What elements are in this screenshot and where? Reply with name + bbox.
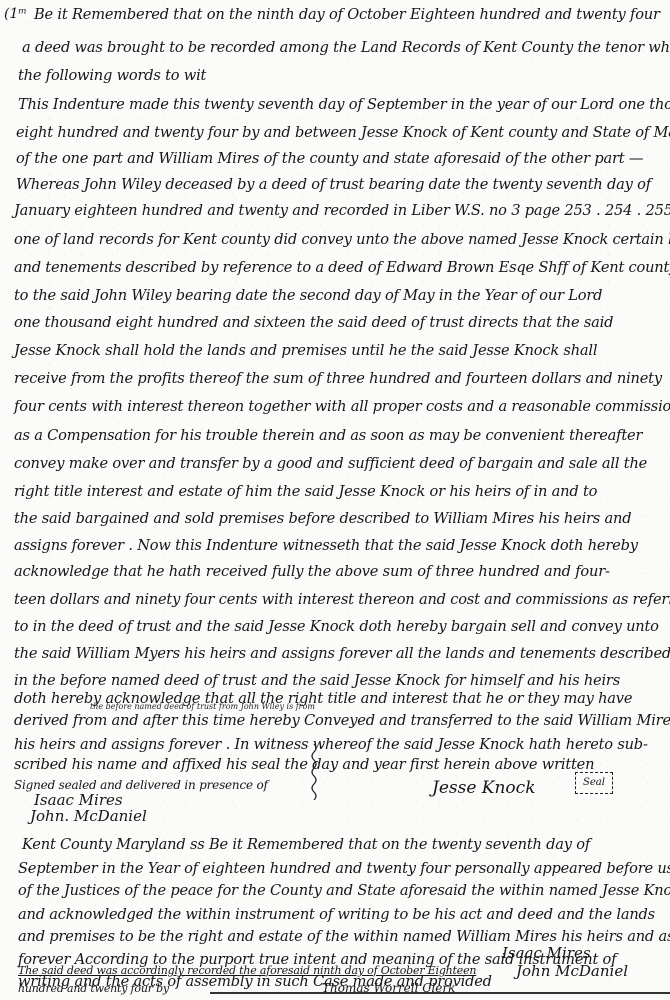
- deed-line: the following words to wit: [18, 67, 206, 85]
- deed-line: one of land records for Kent county did …: [14, 231, 670, 249]
- deed-line: one thousand eight hundred and sixteen t…: [14, 314, 613, 332]
- deed-line: Be it Remembered that on the ninth day o…: [34, 6, 660, 24]
- deed-line: This Indenture made this twenty seventh …: [18, 96, 670, 114]
- interlinear-note: the before named deed of trust from John…: [90, 702, 315, 711]
- deed-line: and tenements described by reference to …: [14, 259, 670, 277]
- acknowledgment-line: Kent County Maryland ss Be it Remembered…: [22, 836, 590, 854]
- acknowledgment-line: September in the Year of eighteen hundre…: [18, 860, 670, 878]
- witness-signature: Isaac Mires: [34, 792, 123, 808]
- deed-line: scribed his name and affixed his seal th…: [14, 756, 594, 774]
- deed-line: the said bargained and sold premises bef…: [14, 510, 631, 528]
- deed-line: teen dollars and ninety four cents with …: [14, 591, 670, 609]
- deed-line: convey make over and transfer by a good …: [14, 455, 647, 473]
- seal-label: Seal: [583, 777, 605, 788]
- deed-line: acknowledge that he hath received fully …: [14, 563, 610, 581]
- deed-line: as a Compensation for his trouble therei…: [14, 427, 642, 445]
- justice-signature: John McDaniel: [516, 963, 628, 979]
- deed-line: four cents with interest thereon togethe…: [14, 398, 670, 416]
- deed-line: to the said John Wiley bearing date the …: [14, 287, 602, 305]
- deed-line: Whereas John Wiley deceased by a deed of…: [16, 176, 651, 194]
- deed-page: (1ᵐ Be it Remembered that on the ninth d…: [0, 0, 670, 1000]
- deed-line: in the before named deed of trust and th…: [14, 672, 620, 690]
- acknowledgment-line: and acknowledged the within instrument o…: [18, 906, 655, 924]
- bottom-rule: [210, 992, 670, 994]
- deed-line: receive from the profits thereof the sum…: [14, 370, 662, 388]
- seal-box: Seal: [575, 772, 613, 794]
- witness-signature: John. McDaniel: [30, 808, 147, 824]
- recording-line: The said deed was accordingly recorded t…: [18, 962, 476, 980]
- deed-line: the said William Myers his heirs and ass…: [14, 645, 670, 663]
- justice-signature: Isaac Mires: [502, 945, 591, 961]
- acknowledgment-line: of the Justices of the peace for the Cou…: [18, 882, 670, 900]
- deed-line: eight hundred and twenty four by and bet…: [16, 124, 670, 142]
- grantor-signature: Jesse Knock: [432, 780, 536, 796]
- deed-line: his heirs and assigns forever . In witne…: [14, 736, 648, 754]
- margin-note: (1ᵐ: [4, 6, 27, 22]
- deed-line: of the one part and William Mires of the…: [16, 150, 643, 168]
- deed-line: right title interest and estate of him t…: [14, 483, 597, 501]
- recording-line: hundred and twenty four by: [18, 980, 169, 998]
- deed-line: derived from and after this time hereby …: [14, 712, 670, 730]
- deed-line: to in the deed of trust and the said Jes…: [14, 618, 659, 636]
- deed-line: January eighteen hundred and twenty and …: [14, 202, 670, 220]
- deed-line: a deed was brought to be recorded among …: [22, 39, 670, 57]
- witness-brace-icon: [308, 742, 320, 806]
- deed-line: assigns forever . Now this Indenture wit…: [14, 537, 638, 555]
- deed-line: Jesse Knock shall hold the lands and pre…: [14, 342, 597, 360]
